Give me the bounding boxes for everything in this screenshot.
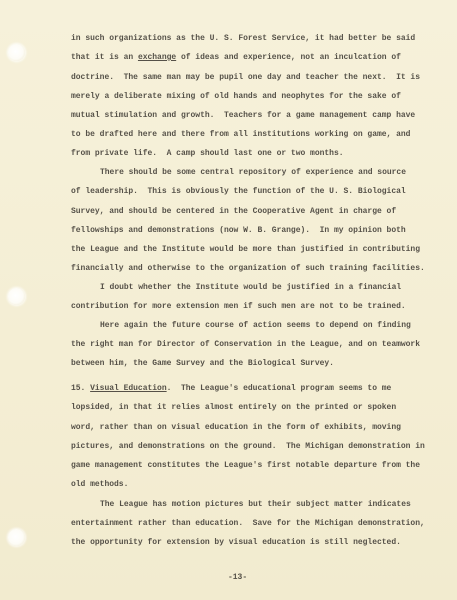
document-page: in such organizations as the U. S. Fores… (0, 0, 457, 600)
text-line: doctrine. The same man may be pupil one … (71, 73, 420, 83)
text-line: in such organizations as the U. S. Fores… (71, 34, 415, 44)
text-line: old methods. (71, 480, 128, 490)
punch-hole-top (8, 44, 25, 61)
text-line: lopsided, in that it relies almost entir… (71, 403, 396, 413)
page-number: -13- (228, 573, 247, 583)
text-line: pictures, and demonstrations on the grou… (71, 442, 425, 452)
text-run: of ideas and experience, not an inculcat… (176, 53, 401, 62)
text-line: entertainment rather than education. Sav… (71, 519, 425, 529)
text-line: the right man for Director of Conservati… (71, 340, 420, 350)
text-line: financially and otherwise to the organiz… (71, 264, 425, 274)
text-line: contribution for more extension men if s… (71, 302, 406, 312)
text-line: I doubt whether the Institute would be j… (100, 283, 401, 293)
text-run: . The League's educational program seems… (167, 384, 392, 393)
text-line: Here again the future course of action s… (100, 321, 411, 331)
text-line: game management constitutes the League's… (71, 461, 420, 471)
text-line: merely a deliberate mixing of old hands … (71, 92, 401, 102)
text-line: that it is an exchange of ideas and expe… (71, 53, 401, 63)
text-line: There should be some central repository … (100, 168, 406, 178)
text-line: of leadership. This is obviously the fun… (71, 187, 406, 197)
punch-hole-bottom (8, 529, 25, 546)
underlined-word-exchange: exchange (138, 53, 176, 62)
section-number: 15. (71, 384, 85, 393)
text-run: that it is an (71, 53, 138, 62)
text-line: to be drafted here and there from all in… (71, 130, 410, 140)
text-line: The League has motion pictures but their… (100, 500, 411, 510)
text-line: word, rather than on visual education in… (71, 423, 401, 433)
text-line: from private life. A camp should last on… (71, 149, 344, 159)
text-line: the League and the Institute would be mo… (71, 245, 420, 255)
section-title: Visual Education (90, 384, 167, 393)
text-line: Survey, and should be centered in the Co… (71, 207, 396, 217)
text-line: mutual stimulation and growth. Teachers … (71, 111, 415, 121)
text-line: 15. Visual Education. The League's educa… (71, 384, 391, 394)
text-line: fellowships and demonstrations (now W. B… (71, 226, 406, 236)
text-line: between him, the Game Survey and the Bio… (71, 359, 334, 369)
punch-hole-middle (8, 288, 25, 305)
text-line: the opportunity for extension by visual … (71, 538, 401, 548)
